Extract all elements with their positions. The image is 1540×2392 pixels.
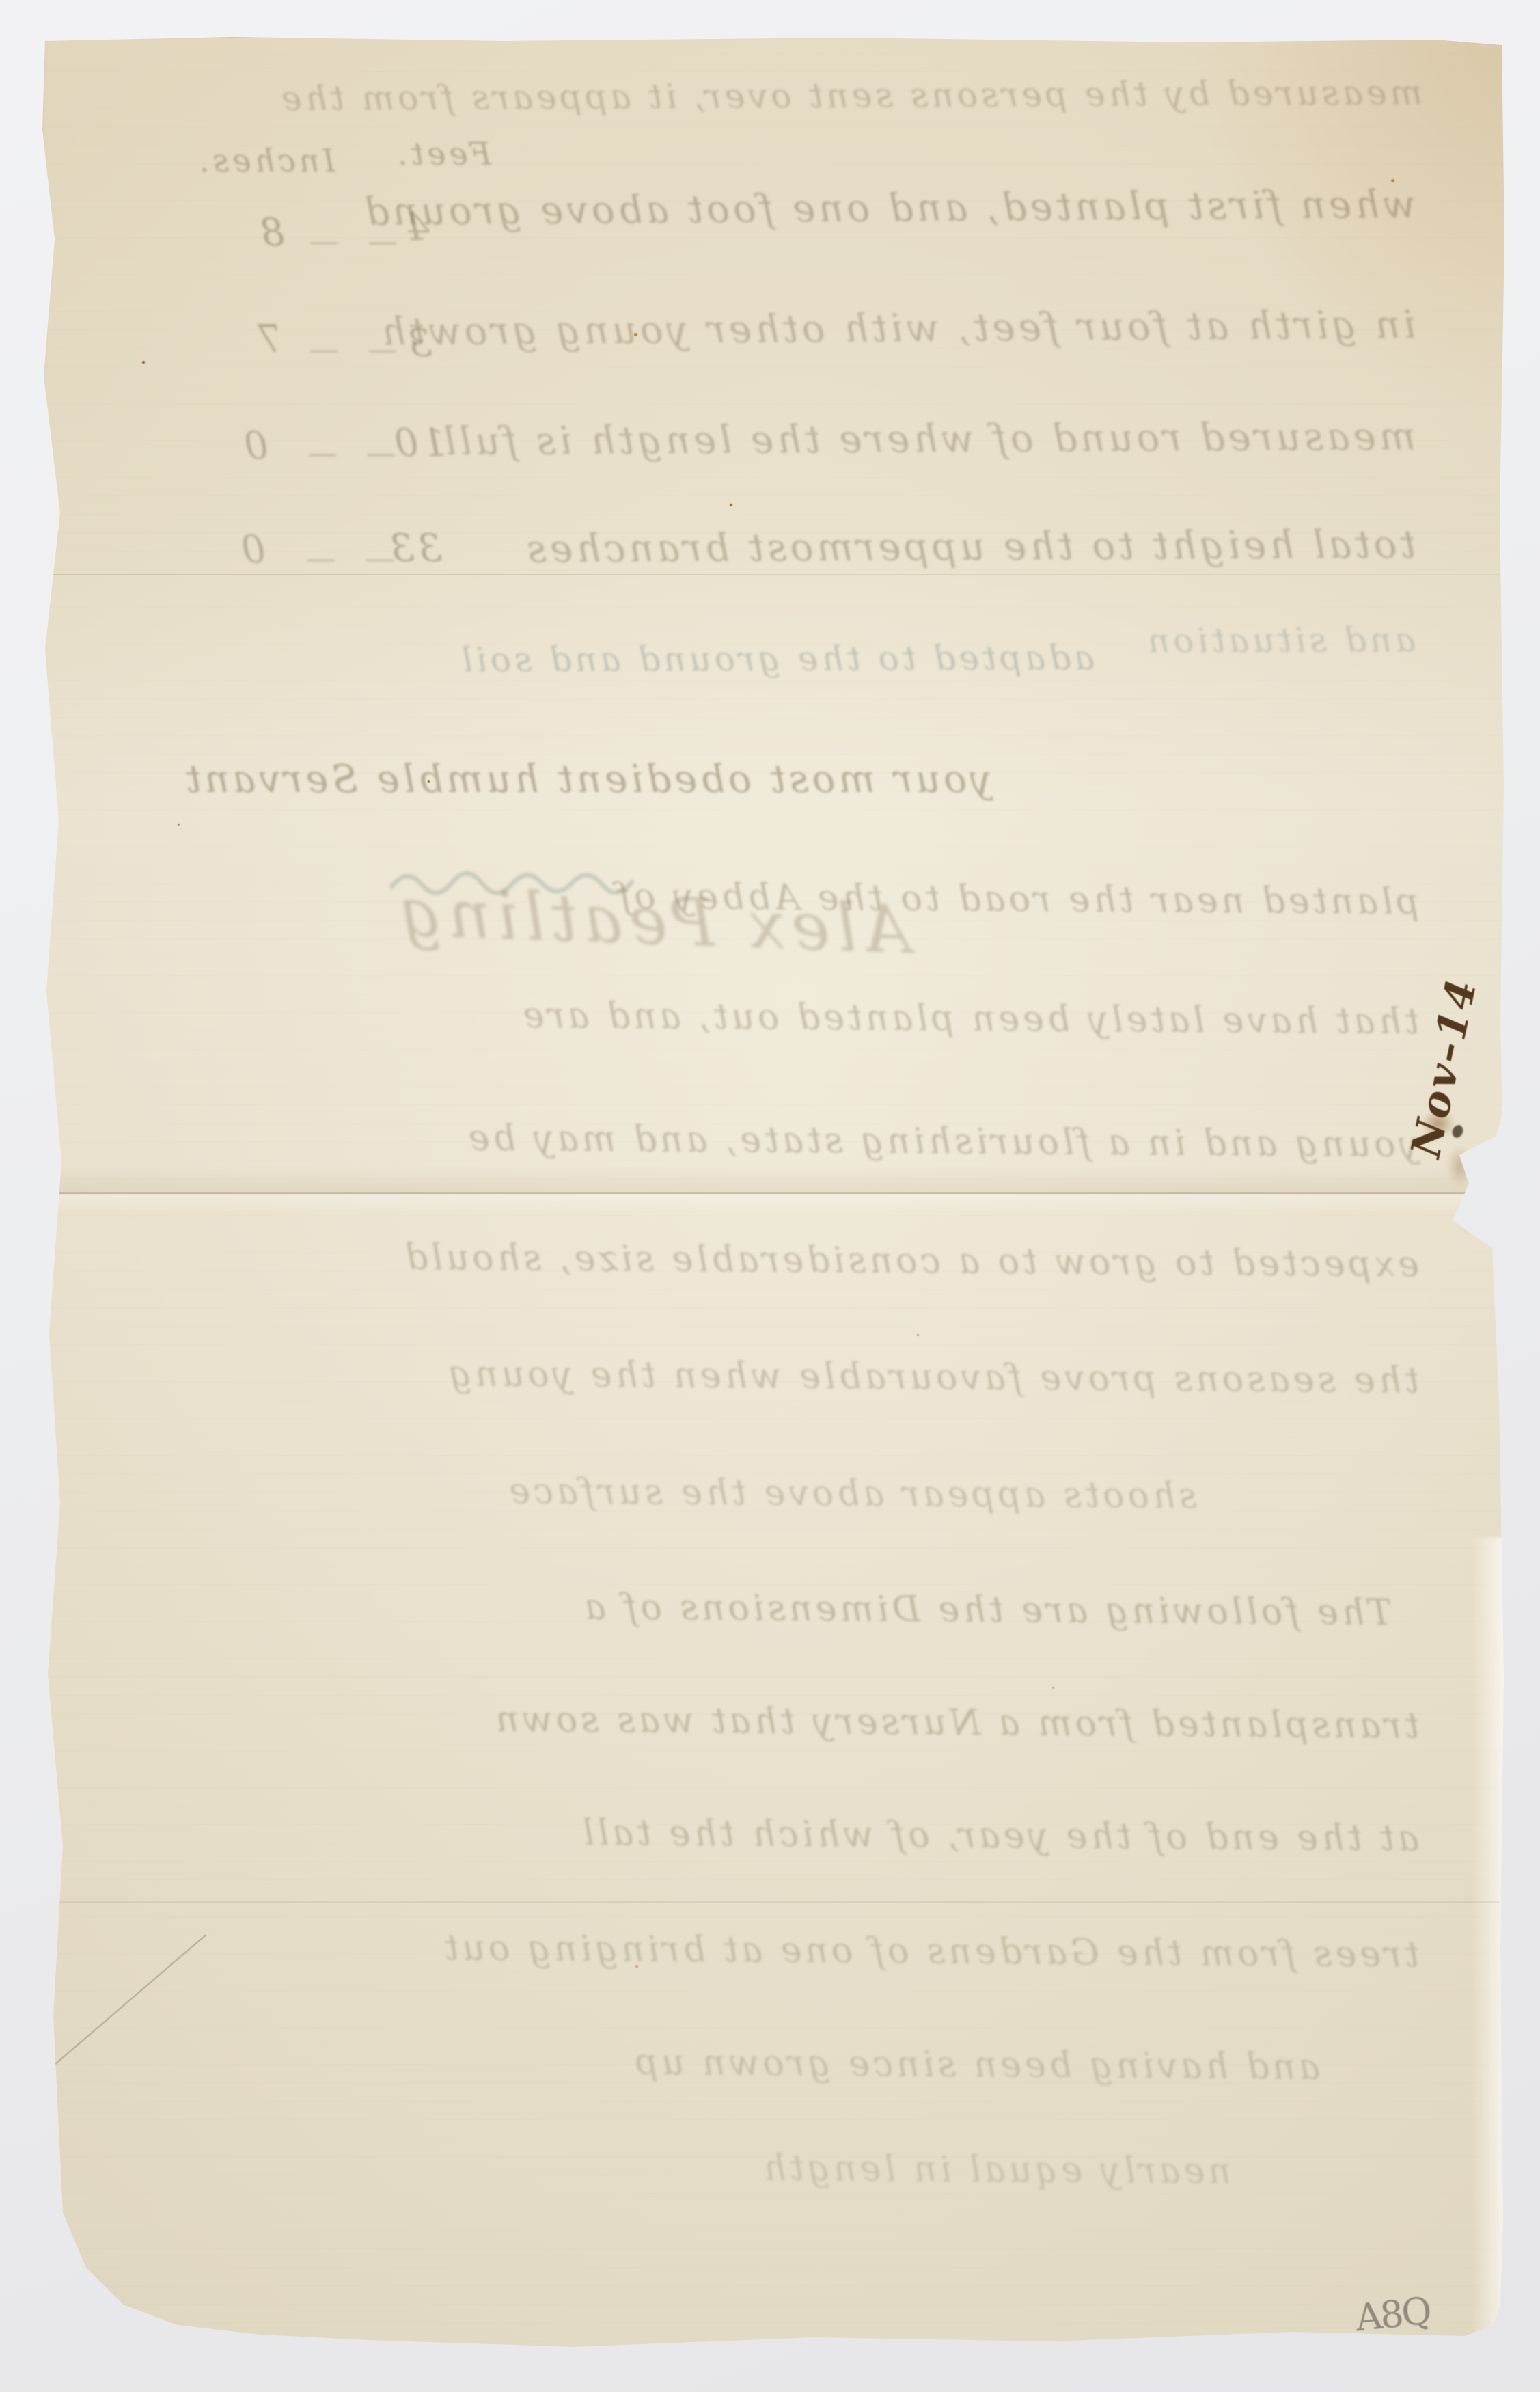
showthrough-line: adapted to the ground and soil bbox=[480, 638, 1095, 679]
paper-speck bbox=[178, 824, 180, 826]
fold-crease-middle bbox=[33, 1192, 1500, 1194]
showthrough-line: expected to grow to a considerable size,… bbox=[719, 1239, 1419, 1285]
paper-right-edge-shadow bbox=[1504, 41, 1505, 1066]
showthrough-inches-value: 0 bbox=[238, 528, 266, 572]
showthrough-line: trees from the Gardens of one at bringin… bbox=[695, 1929, 1419, 1975]
paper-speck bbox=[1391, 179, 1394, 182]
showthrough-inches-value: 0 bbox=[240, 424, 269, 468]
showthrough-dashes: — — bbox=[297, 541, 395, 576]
showthrough-inches-value: 7 bbox=[254, 317, 282, 362]
showthrough-header-feet: Feet. bbox=[394, 135, 491, 172]
date-annotation: Nov–14 bbox=[1392, 954, 1498, 1181]
paper-top-edge-shadow bbox=[41, 34, 1503, 37]
fold-crease-middle-highlight bbox=[33, 1195, 1500, 1212]
paper-speck bbox=[428, 780, 430, 783]
shelfmark-annotation: A8Q bbox=[1353, 2289, 1432, 2339]
showthrough-closing-line: your most obedient humble Servant bbox=[182, 757, 992, 802]
showthrough-header-inches: Inches. bbox=[196, 142, 335, 179]
showthrough-line: at the end of the year, of which the tal… bbox=[695, 1813, 1419, 1859]
paper-speck bbox=[730, 504, 732, 506]
showthrough-feet-value: 10 bbox=[391, 421, 446, 465]
showthrough-line: and having been since grown up bbox=[719, 2043, 1320, 2088]
showthrough-line: and situation bbox=[1095, 620, 1416, 661]
paper-speck bbox=[634, 333, 637, 336]
paper-speck bbox=[1052, 1687, 1054, 1689]
showthrough-line: planted near the road to the Abbey of bbox=[784, 878, 1419, 923]
fold-crease-middle-shade bbox=[33, 1166, 1500, 1192]
right-edge-worn-band bbox=[1471, 1538, 1507, 2344]
showthrough-line: transplanted from a Nursery that was sow… bbox=[695, 1700, 1419, 1746]
paper-speck bbox=[917, 1334, 919, 1336]
showthrough-line: nearly equal in length bbox=[753, 2148, 1231, 2192]
showthrough-line: young and in a flourishing state, and ma… bbox=[750, 1120, 1419, 1166]
paper-speck bbox=[142, 361, 145, 364]
showthrough-line: the seasons prove favourable when the yo… bbox=[719, 1355, 1419, 1401]
document-page: Inches. Feet. 8 — — 4 7 — — 3 0 — — 10 0… bbox=[27, 34, 1507, 2354]
showthrough-dashes: — — bbox=[298, 436, 396, 471]
showthrough-line: The following are the Dimensions of a bbox=[756, 1588, 1392, 1633]
fold-crease-lower bbox=[33, 1901, 1500, 1903]
showthrough-line: measured round of where the length is fu… bbox=[507, 415, 1416, 464]
showthrough-feet-value: 33 bbox=[387, 526, 442, 571]
showthrough-line: shoots appear above the surface bbox=[719, 1473, 1197, 1517]
left-deckle-edge-tint bbox=[27, 34, 48, 2354]
paper-speck bbox=[635, 1965, 638, 1968]
showthrough-line: when first planted, and one foot above g… bbox=[439, 182, 1416, 234]
surface-scratch bbox=[50, 1934, 206, 2069]
showthrough-line: measured by the persons sent over, it ap… bbox=[480, 72, 1422, 117]
showthrough-line: in girth at four feet, with other young … bbox=[439, 303, 1416, 354]
fold-crease-upper bbox=[33, 574, 1500, 575]
paper-speck bbox=[605, 2347, 609, 2350]
showthrough-line: that have lately been planted out, and a… bbox=[753, 997, 1419, 1043]
showthrough-line: total height to the uppermost branches bbox=[507, 523, 1416, 572]
photo-backdrop: Inches. Feet. 8 — — 4 7 — — 3 0 — — 10 0… bbox=[0, 0, 1540, 2392]
showthrough-inches-value: 8 bbox=[257, 210, 285, 255]
